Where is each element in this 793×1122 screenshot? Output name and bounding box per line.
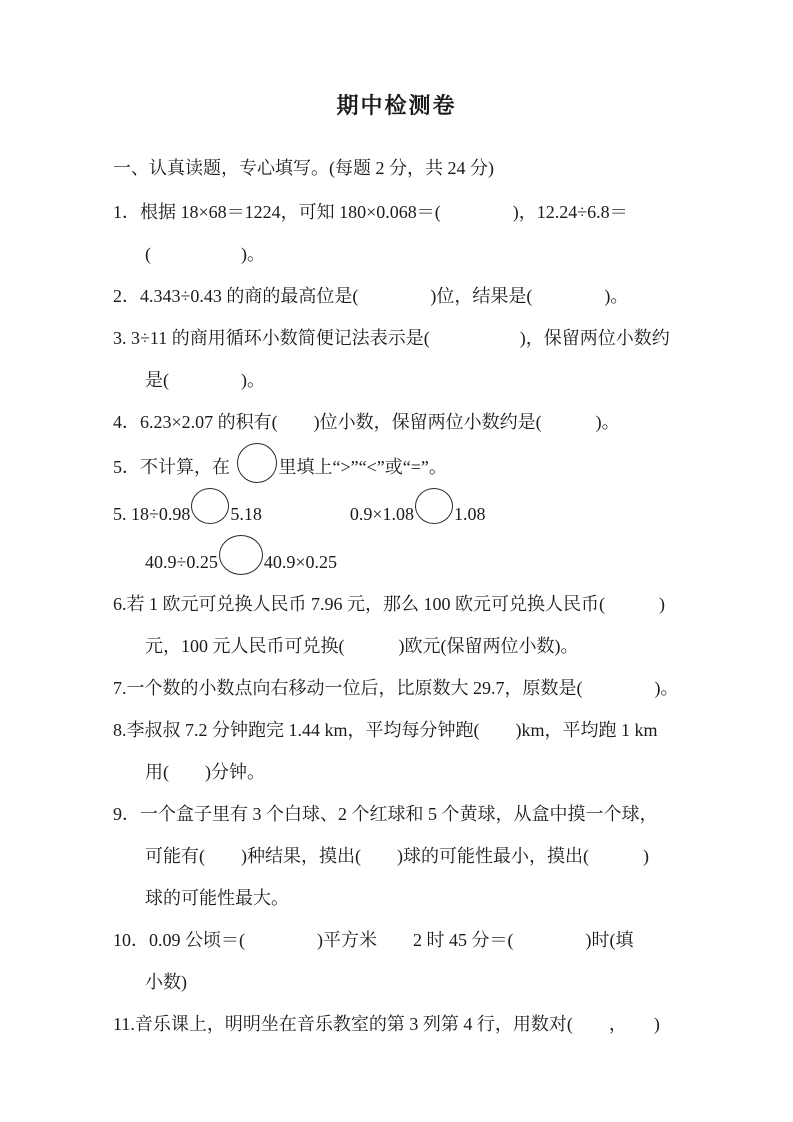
expression-left: 18÷0.98 — [131, 504, 190, 524]
question-number: 10． — [113, 930, 149, 950]
question-text: 一个盒子里有 3 个白球、2 个红球和 5 个黄球，从盒中摸一个球， — [140, 804, 658, 824]
question-text: 里填上“>”“<”或“=”。 — [279, 457, 447, 477]
question-number: 9． — [113, 804, 140, 824]
question-number: 11. — [113, 1014, 135, 1034]
question-number: 8. — [113, 720, 127, 740]
question-text: 李叔叔 7.2 分钟跑完 1.44 km，平均每分钟跑( )km，平均跑 1 k… — [127, 720, 658, 740]
question-text: 若 1 欧元可兑换人民币 7.96 元，那么 100 欧元可兑换人民币( ) — [127, 594, 666, 614]
question-number: 1． — [113, 202, 140, 222]
expression-right: 5.18 — [230, 504, 262, 524]
question-line: 5．不计算，在 里填上“>”“<”或“=”。 — [113, 443, 691, 488]
expression-right: 1.08 — [454, 504, 486, 524]
question-number: 2． — [113, 286, 140, 306]
expression-left: 0.9×1.08 — [350, 504, 414, 524]
question-line: 5. 18÷0.985.180.9×1.081.08 — [113, 488, 691, 535]
question-line: 6.若 1 欧元可兑换人民币 7.96 元，那么 100 欧元可兑换人民币( ) — [113, 583, 691, 625]
question-line: 元，100 元人民币可兑换( )欧元(保留两位小数)。 — [113, 625, 691, 667]
question-4: 4．6.23×2.07 的积有( )位小数，保留两位小数约是( )。 — [113, 401, 691, 443]
question-line: 3. 3÷11 的商用循环小数简便记法表示是( )，保留两位小数约 — [113, 317, 691, 359]
question-text: 音乐课上，明明坐在音乐教室的第 3 列第 4 行，用数对( ， ) — [135, 1014, 660, 1034]
comparison-circle — [415, 488, 453, 524]
question-line: 是( )。 — [113, 359, 691, 401]
question-text: 根据 18×68＝1224，可知 180×0.068＝( )，12.24÷6.8… — [140, 202, 628, 222]
question-text: 4.343÷0.43 的商的最高位是( )位，结果是( )。 — [140, 286, 628, 306]
question-10: 10．0.09 公顷＝( )平方米 2 时 45 分＝( )时(填 小数) — [113, 919, 691, 1003]
question-5: 5．不计算，在 里填上“>”“<”或“=”。 5. 18÷0.985.180.9… — [113, 443, 691, 583]
question-line: 2．4.343÷0.43 的商的最高位是( )位，结果是( )。 — [113, 275, 691, 317]
question-line: 小数) — [113, 961, 691, 1003]
question-1: 1．根据 18×68＝1224，可知 180×0.068＝( )，12.24÷6… — [113, 191, 691, 275]
question-line: 1．根据 18×68＝1224，可知 180×0.068＝( )，12.24÷6… — [113, 191, 691, 233]
expression-right: 40.9×0.25 — [264, 552, 337, 572]
question-text: 不计算，在 — [140, 457, 235, 477]
question-number: 3. — [113, 328, 131, 348]
question-text: 0.09 公顷＝( )平方米 2 时 45 分＝( )时(填 — [149, 930, 633, 950]
question-number: 6. — [113, 594, 127, 614]
exam-content: 一、认真读题，专心填写。(每题 2 分，共 24 分) 1．根据 18×68＝1… — [113, 147, 691, 1045]
question-line: 9．一个盒子里有 3 个白球、2 个红球和 5 个黄球，从盒中摸一个球， — [113, 793, 691, 835]
question-number: 5． — [113, 457, 140, 477]
question-number: 7. — [113, 678, 127, 698]
question-line: 10．0.09 公顷＝( )平方米 2 时 45 分＝( )时(填 — [113, 919, 691, 961]
section-heading: 一、认真读题，专心填写。(每题 2 分，共 24 分) — [113, 147, 691, 189]
exam-paper-page: 期中检测卷 一、认真读题，专心填写。(每题 2 分，共 24 分) 1．根据 1… — [0, 0, 793, 1122]
question-2: 2．4.343÷0.43 的商的最高位是( )位，结果是( )。 — [113, 275, 691, 317]
question-number: 5. — [113, 504, 131, 524]
question-line: 40.9÷0.2540.9×0.25 — [113, 535, 691, 583]
question-line: 用( )分钟。 — [113, 751, 691, 793]
question-text: 3÷11 的商用循环小数简便记法表示是( )，保留两位小数约 — [131, 328, 670, 348]
question-8: 8.李叔叔 7.2 分钟跑完 1.44 km，平均每分钟跑( )km，平均跑 1… — [113, 709, 691, 793]
question-3: 3. 3÷11 的商用循环小数简便记法表示是( )，保留两位小数约 是( )。 — [113, 317, 691, 401]
question-line: 7.一个数的小数点向右移动一位后，比原数大 29.7，原数是( )。 — [113, 667, 691, 709]
question-line: 8.李叔叔 7.2 分钟跑完 1.44 km，平均每分钟跑( )km，平均跑 1… — [113, 709, 691, 751]
question-line: 4．6.23×2.07 的积有( )位小数，保留两位小数约是( )。 — [113, 401, 691, 443]
question-11: 11.音乐课上，明明坐在音乐教室的第 3 列第 4 行，用数对( ， ) — [113, 1003, 691, 1045]
question-line: 11.音乐课上，明明坐在音乐教室的第 3 列第 4 行，用数对( ， ) — [113, 1003, 691, 1045]
comparison-circle — [191, 488, 229, 524]
question-text: 一个数的小数点向右移动一位后，比原数大 29.7，原数是( )。 — [127, 678, 679, 698]
question-line: 可能有( )种结果，摸出( )球的可能性最小，摸出( ) — [113, 835, 691, 877]
question-number: 4． — [113, 412, 140, 432]
question-text: 6.23×2.07 的积有( )位小数，保留两位小数约是( )。 — [140, 412, 620, 432]
blank-circle — [237, 443, 277, 483]
question-6: 6.若 1 欧元可兑换人民币 7.96 元，那么 100 欧元可兑换人民币( )… — [113, 583, 691, 667]
question-line: ( )。 — [113, 233, 691, 275]
comparison-circle — [219, 535, 263, 575]
expression-left: 40.9÷0.25 — [145, 552, 218, 572]
question-7: 7.一个数的小数点向右移动一位后，比原数大 29.7，原数是( )。 — [113, 667, 691, 709]
question-line: 球的可能性最大。 — [113, 877, 691, 919]
question-9: 9．一个盒子里有 3 个白球、2 个红球和 5 个黄球，从盒中摸一个球， 可能有… — [113, 793, 691, 919]
exam-title: 期中检测卷 — [0, 0, 793, 122]
